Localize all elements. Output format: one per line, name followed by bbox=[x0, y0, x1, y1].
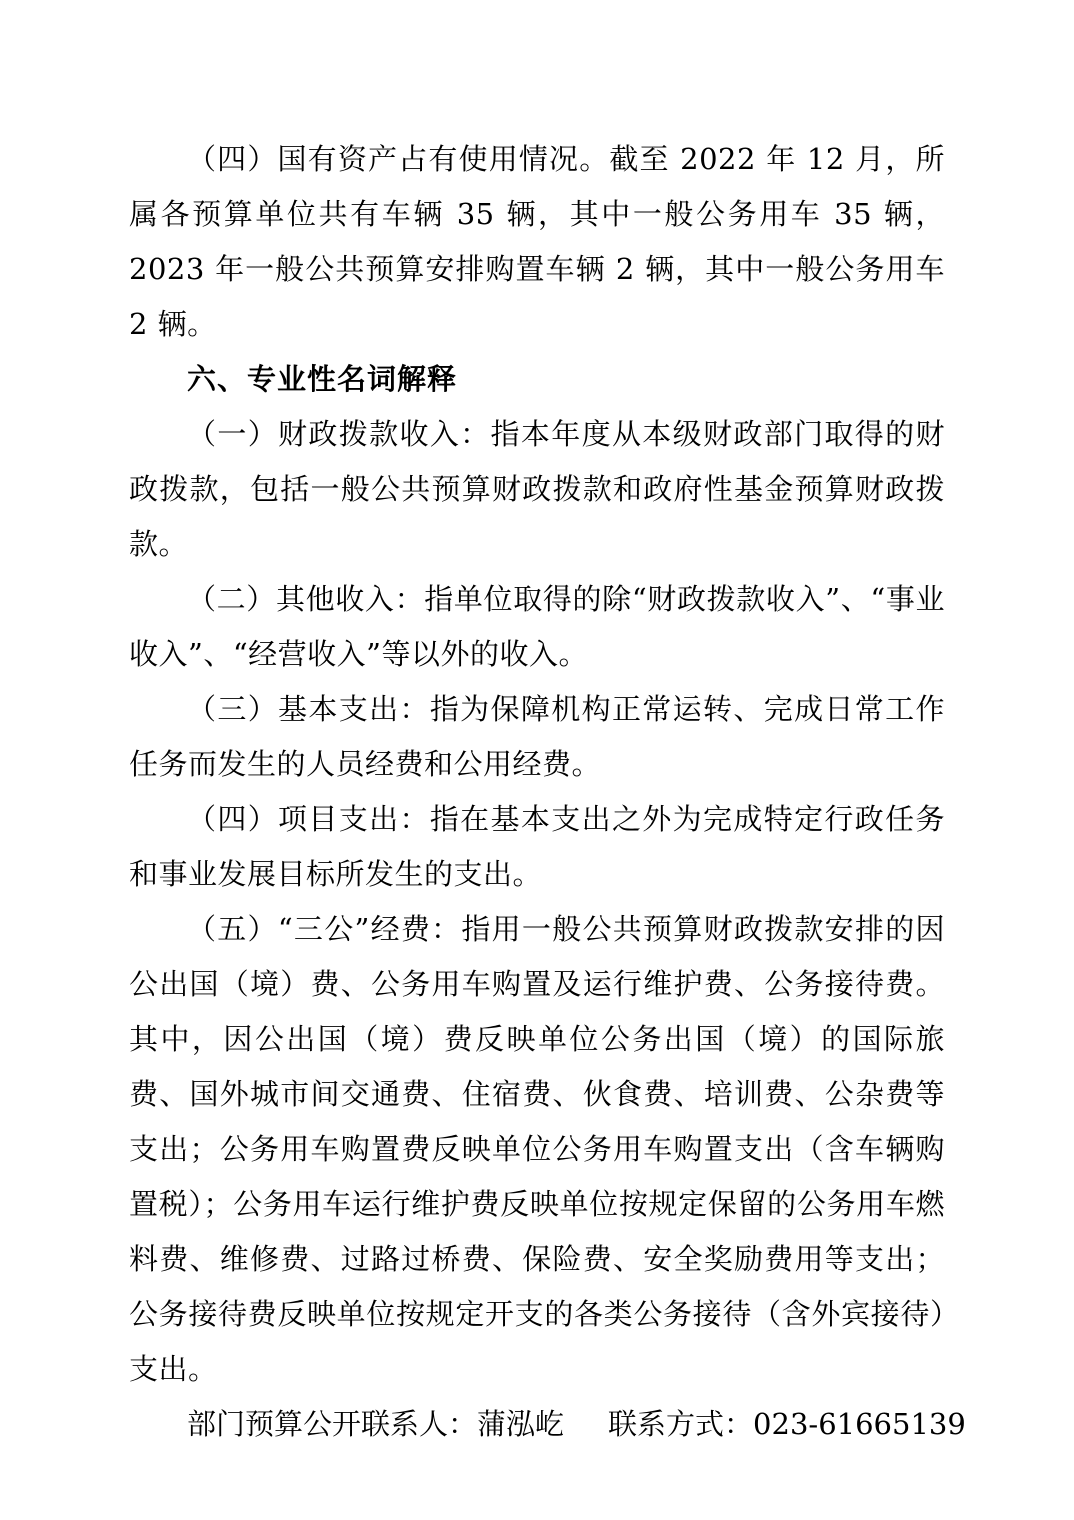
paragraph-state-asset-usage: （四）国有资产占有使用情况。截至 2022 年 12 月，所属各预算单位共有车辆… bbox=[129, 132, 945, 352]
glossary-item-project-expenditure: （四）项目支出：指在基本支出之外为完成特定行政任务和事业发展目标所发生的支出。 bbox=[129, 792, 945, 902]
contact-method-label: 联系方式： bbox=[608, 1407, 753, 1441]
document-body: （四）国有资产占有使用情况。截至 2022 年 12 月，所属各预算单位共有车辆… bbox=[129, 132, 945, 1452]
glossary-item-basic-expenditure: （三）基本支出：指为保障机构正常运转、完成日常工作任务而发生的人员经费和公用经费… bbox=[129, 682, 945, 792]
contact-phone-number: 023-61665139 bbox=[753, 1407, 966, 1441]
contact-person-name: 蒲泓屹 bbox=[477, 1407, 564, 1441]
glossary-item-other-income: （二）其他收入：指单位取得的除“财政拨款收入”、“事业收入”、“经营收入”等以外… bbox=[129, 572, 945, 682]
contact-person-label: 部门预算公开联系人： bbox=[187, 1407, 477, 1441]
glossary-item-three-public-funds: （五）“三公”经费：指用一般公共预算财政拨款安排的因公出国（境）费、公务用车购置… bbox=[129, 902, 945, 1397]
glossary-section-heading: 六、专业性名词解释 bbox=[129, 352, 945, 407]
glossary-item-fiscal-appropriation-income: （一）财政拨款收入：指本年度从本级财政部门取得的财政拨款，包括一般公共预算财政拨… bbox=[129, 407, 945, 572]
document-page: （四）国有资产占有使用情况。截至 2022 年 12 月，所属各预算单位共有车辆… bbox=[0, 0, 1074, 1520]
contact-line: 部门预算公开联系人：蒲泓屹联系方式：023-61665139 bbox=[129, 1397, 945, 1452]
